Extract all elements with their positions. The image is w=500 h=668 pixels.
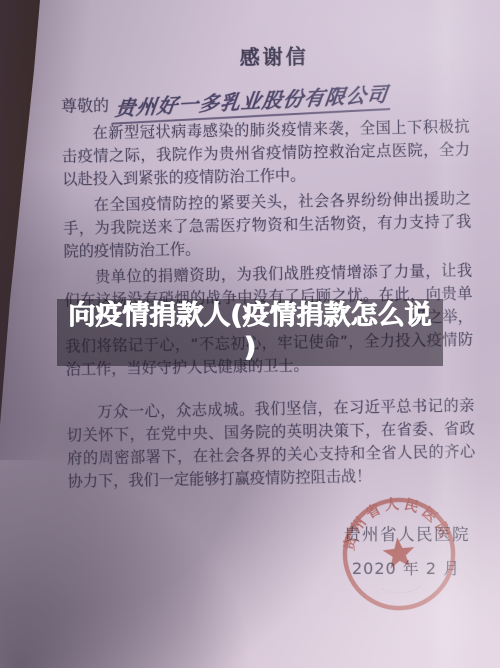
- caption-line-2: ): [57, 332, 443, 364]
- star-icon: [381, 536, 416, 569]
- caption-line-1: 向疫情捐款人(疫情捐款怎么说: [57, 300, 443, 332]
- article-caption: 向疫情捐款人(疫情捐款怎么说 ): [57, 300, 443, 364]
- salutation-line: 尊敬的贵州好一多乳业股份有限公司: [61, 84, 469, 120]
- letter-body: 感谢信 尊敬的贵州好一多乳业股份有限公司 在新型冠状病毒感染的肺炎疫情来袭，全国…: [60, 41, 476, 493]
- seal-serial-marks: ················: [380, 583, 425, 599]
- photo-of-letter: 感谢信 尊敬的贵州好一多乳业股份有限公司 在新型冠状病毒感染的肺炎疫情来袭，全国…: [0, 0, 500, 668]
- salutation-prefix: 尊敬的: [61, 96, 109, 116]
- hospital-seal: 贵州省人民医院 ················: [334, 489, 464, 619]
